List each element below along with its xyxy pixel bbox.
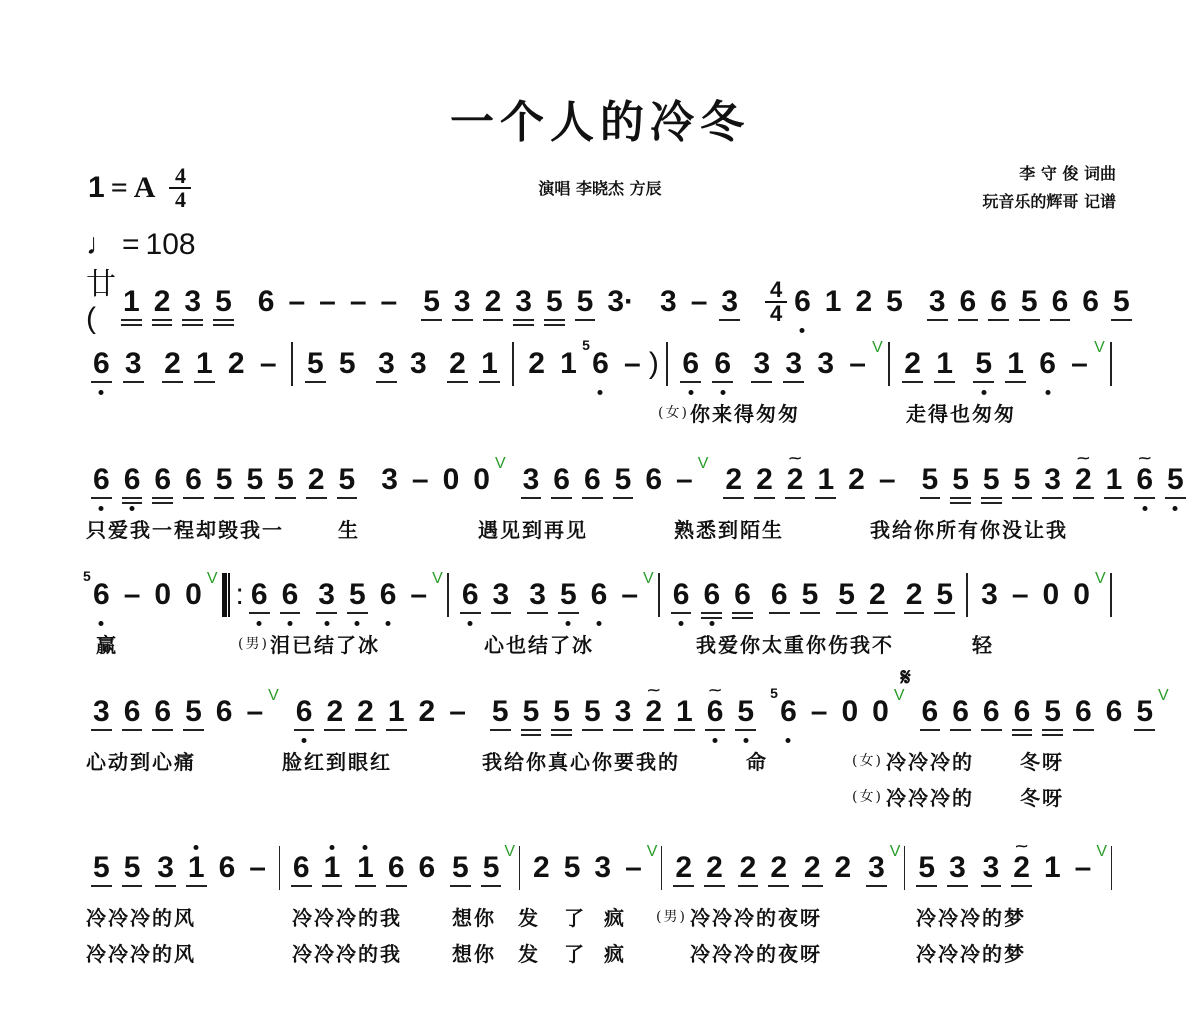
breath-mark-icon: V	[647, 843, 658, 861]
dash-extension: –	[875, 463, 900, 497]
note: 6	[986, 285, 1011, 319]
barline	[447, 573, 449, 617]
note-digit: 6	[254, 285, 279, 319]
note-digit: 2	[721, 463, 746, 497]
note-digit: 2	[445, 347, 470, 381]
dash-extension: –	[346, 285, 371, 319]
note-digit: 6	[790, 285, 815, 319]
lyric-text: 熟悉到陌生	[674, 514, 784, 543]
note-digit: –	[620, 347, 645, 381]
barline	[1111, 846, 1112, 890]
note: 1	[477, 347, 502, 381]
lyric-text: 了	[564, 902, 586, 931]
note-digit: 1	[821, 285, 846, 319]
note: 2	[160, 347, 185, 381]
high-octave-dot	[194, 845, 199, 850]
note-digit: 5	[273, 463, 298, 497]
note-digit: 3	[153, 851, 178, 885]
note-digit: 5	[733, 695, 758, 729]
note-digit: 5	[345, 578, 370, 612]
note-digit: 6	[247, 578, 272, 612]
note: 5	[1132, 695, 1157, 729]
staff: 63212–5533212165–)66333–V21516–V	[86, 334, 1118, 394]
grace-note: 5	[582, 339, 590, 351]
note: 6	[669, 578, 694, 612]
mordent-icon: ⁓	[1016, 841, 1028, 851]
note-digit: 5	[303, 347, 328, 381]
lyric-text: 冷冷冷的我	[292, 902, 402, 931]
note: 1	[320, 851, 345, 885]
note: 5	[419, 285, 444, 319]
note: 6⁓	[703, 695, 728, 729]
note: 5	[242, 463, 267, 497]
breath-mark-icon: V	[872, 339, 883, 357]
score-line-6: 55316–6116655V253–V2222223V5332⁓1–V 冷冷冷的…	[86, 838, 1118, 970]
breath-mark-icon: V	[890, 843, 901, 861]
lyric-text: 命	[746, 746, 768, 775]
note: 6	[587, 578, 612, 612]
dash-extension: –	[408, 463, 433, 497]
note: 6	[212, 695, 237, 729]
note-digit: 6	[150, 463, 175, 497]
dash-extension: –	[445, 695, 470, 729]
lyric-text: 想你	[452, 938, 496, 967]
dash-extension: –	[242, 695, 267, 729]
note: 5	[549, 695, 574, 729]
staff: 55316–6116655V253–V2222223V5332⁓1–V	[86, 838, 1118, 898]
note-digit: 6	[678, 347, 703, 381]
note-digit: 6	[1102, 695, 1127, 729]
note: 2	[736, 851, 761, 885]
note-digit: 2	[844, 463, 869, 497]
singer-tag: (女)	[852, 750, 883, 770]
note-digit: –	[1067, 347, 1092, 381]
breath-mark-icon: V	[1094, 339, 1105, 357]
barline	[1110, 573, 1112, 617]
note: 3	[450, 285, 475, 319]
note: 2	[831, 851, 856, 885]
note: 5	[1040, 695, 1065, 729]
note: 3	[519, 463, 544, 497]
lyrics-row: (女)冷冷冷的冬呀	[86, 778, 1118, 814]
dash-extension: –	[672, 463, 697, 497]
note-digit: –	[687, 285, 712, 319]
note-digit: 5	[1010, 463, 1035, 497]
note-digit: 6	[986, 285, 1011, 319]
note-digit: 2	[160, 347, 185, 381]
note-digit: 5	[335, 463, 360, 497]
notation-symbol: :	[236, 578, 244, 612]
note-digit: 2⁓	[783, 463, 808, 497]
note-digit: 3	[977, 578, 1002, 612]
note-digit: 6	[376, 578, 401, 612]
dash-extension: –	[1067, 347, 1092, 381]
note-digit: 5	[549, 695, 574, 729]
mordent-icon: ⁓	[789, 453, 801, 463]
note: 5	[120, 851, 145, 885]
note-digit: 6	[956, 285, 981, 319]
note-digit: 0	[868, 695, 893, 729]
note: 2	[766, 851, 791, 885]
notation-symbol: )	[649, 347, 659, 381]
note-digit: 5	[448, 851, 473, 885]
note: 2	[902, 578, 927, 612]
note-digit: 2	[150, 285, 175, 319]
note-digit: 3	[180, 285, 205, 319]
dash-extension: –	[845, 347, 870, 381]
note-digit: 5	[181, 695, 206, 729]
note-digit: 2	[322, 695, 347, 729]
note: 6	[730, 578, 755, 612]
note: 1	[1003, 347, 1028, 381]
note: 3	[925, 285, 950, 319]
note-digit: 1	[119, 285, 144, 319]
note: 1	[353, 851, 378, 885]
note: 2	[524, 347, 549, 381]
note: 6	[710, 347, 735, 381]
note: 65	[588, 347, 613, 381]
dash-extension: –	[406, 578, 431, 612]
note: 6	[120, 463, 145, 497]
note: 6	[415, 851, 440, 885]
note-digit: 2	[353, 695, 378, 729]
note: 5	[488, 695, 513, 729]
note: 3	[813, 347, 838, 381]
lyrics-row: 冷冷冷的风冷冷冷的我想你发了疯冷冷冷的夜呀冷冷冷的梦	[86, 934, 1118, 970]
lyric-text: 心动到心痛	[86, 746, 196, 775]
note-digit: 5	[580, 695, 605, 729]
lyric-text: 泪已结了冰	[270, 629, 380, 658]
note-digit: 0	[469, 463, 494, 497]
note: 5	[948, 463, 973, 497]
barline	[1110, 342, 1112, 386]
note: 6	[458, 578, 483, 612]
note: 5	[335, 463, 360, 497]
note-digit: 3	[590, 851, 615, 885]
note-digit: 1	[192, 347, 217, 381]
tempo-marking: ♩ = 108	[86, 228, 196, 262]
note: 2	[702, 851, 727, 885]
note-digit: 1	[320, 851, 345, 885]
note-digit: 6⁓	[1132, 463, 1157, 497]
note-digit: 5	[914, 851, 939, 885]
note: 5	[212, 463, 237, 497]
note-digit: –	[1071, 851, 1096, 885]
note: 5	[834, 578, 859, 612]
note-digit: 2	[702, 851, 727, 885]
note-digit: 5	[1017, 285, 1042, 319]
note: 2⁓	[1071, 463, 1096, 497]
lyric-text: 了	[564, 938, 586, 967]
breath-mark-icon: V	[268, 687, 279, 705]
lyric-text: 生	[338, 514, 360, 543]
note-digit: 6⁓	[703, 695, 728, 729]
note: 6	[767, 578, 792, 612]
repeat-barline	[222, 573, 230, 617]
lyric-text: 冷冷冷的夜呀	[690, 902, 822, 931]
note-digit: 0	[181, 578, 206, 612]
note: 6	[790, 285, 815, 319]
note-digit: 5	[1163, 463, 1188, 497]
note: 1	[672, 695, 697, 729]
note-digit: 6	[1010, 695, 1035, 729]
lyrics-row: 只爱我一程却毁我一生遇见到再见熟悉到陌生我给你所有你没让我	[86, 510, 1118, 546]
note: 5	[580, 695, 605, 729]
barline	[666, 342, 668, 386]
note-digit: 6	[767, 578, 792, 612]
note: 0	[439, 463, 464, 497]
note: 6⁓	[1132, 463, 1157, 497]
note-digit: 2	[304, 463, 329, 497]
note-digit: 65	[89, 578, 114, 612]
note-digit: 6	[89, 463, 114, 497]
note: 6	[1102, 695, 1127, 729]
note: 3	[121, 347, 146, 381]
note-digit: 6	[699, 578, 724, 612]
lyrics-row: 心动到心痛脸红到眼红我给你真心你要我的命(女)冷冷冷的冬呀	[86, 742, 1118, 778]
score-line-1: 廿(12356––––5323553·3–34461253665665	[86, 272, 1118, 332]
note: 3	[979, 851, 1004, 885]
credit-transcriber: 玩音乐的辉哥 记谱	[982, 188, 1116, 216]
note-digit: –	[284, 285, 309, 319]
note: 6	[918, 695, 943, 729]
note: 3	[590, 851, 615, 885]
note-digit: 6	[212, 695, 237, 729]
staff: 6666555253–00V36656–V222⁓12–555532⁓16⁓5	[86, 450, 1118, 510]
note: 5	[211, 285, 236, 319]
note: 5	[181, 695, 206, 729]
note-digit: –	[120, 578, 145, 612]
note: 5	[560, 851, 585, 885]
note: 2	[865, 578, 890, 612]
quarter-note-icon: ♩	[86, 228, 116, 262]
time-change: 44	[765, 280, 787, 324]
note: 5	[89, 851, 114, 885]
note: 1	[119, 285, 144, 319]
note-digit: 0	[150, 578, 175, 612]
note-digit: 1	[477, 347, 502, 381]
note: 6	[289, 851, 314, 885]
dash-extension: –	[807, 695, 832, 729]
note: 6	[1035, 347, 1060, 381]
note: 0	[469, 463, 494, 497]
note: 5	[273, 463, 298, 497]
note-digit: –	[875, 463, 900, 497]
note-digit: –	[621, 851, 646, 885]
note-digit: 6	[641, 463, 666, 497]
note: 0	[150, 578, 175, 612]
note: 65	[776, 695, 801, 729]
note-digit: 2	[224, 347, 249, 381]
breath-mark-icon: V	[1095, 570, 1106, 588]
lyric-text: 冬呀	[1020, 782, 1064, 811]
note: 5	[971, 347, 996, 381]
note-digit: 2	[529, 851, 554, 885]
note-digit: –	[245, 851, 270, 885]
breath-mark-icon: V	[432, 570, 443, 588]
segno-icon: 𝄋	[901, 664, 911, 692]
note: 6	[678, 347, 703, 381]
breath-mark-icon: V	[207, 570, 218, 588]
note: 5	[519, 695, 544, 729]
note: 3	[1040, 463, 1065, 497]
time-bottom: 4	[770, 304, 782, 324]
note-digit: 3	[377, 463, 402, 497]
note-digit: 3	[864, 851, 889, 885]
lyric-text: 冷冷冷的夜呀	[690, 938, 822, 967]
dash-extension: –	[315, 285, 340, 319]
breath-mark-icon: V	[643, 570, 654, 588]
note-digit: 2	[900, 347, 925, 381]
lyric-text: 轻	[972, 629, 994, 658]
note: 5	[932, 578, 957, 612]
note-digit: –	[256, 347, 281, 381]
note-digit: 0	[837, 695, 862, 729]
note-digit: –	[315, 285, 340, 319]
note: 6	[948, 695, 973, 729]
note: 2	[529, 851, 554, 885]
note: 2	[415, 695, 440, 729]
note-digit: 5	[242, 463, 267, 497]
note: 6	[89, 463, 114, 497]
note: 5	[542, 285, 567, 319]
note-digit: –	[845, 347, 870, 381]
note-digit: 3	[611, 695, 636, 729]
singer-tag: (男)	[656, 906, 687, 926]
lyric-text: 冷冷冷的风	[86, 902, 196, 931]
note-digit: 1	[353, 851, 378, 885]
note-digit: 3·	[603, 285, 638, 319]
note: 3	[717, 285, 742, 319]
lyric-text: 发	[518, 902, 540, 931]
note: 5	[345, 578, 370, 612]
note: 6	[1010, 695, 1035, 729]
note-digit: 5	[479, 851, 504, 885]
note: 2	[671, 851, 696, 885]
note: 3	[781, 347, 806, 381]
note-digit: 3	[374, 347, 399, 381]
note: 2⁓	[1009, 851, 1034, 885]
lyric-text: 想你	[452, 902, 496, 931]
barline	[658, 573, 660, 617]
note-digit: 2	[671, 851, 696, 885]
note-digit: 6	[289, 851, 314, 885]
note: 1	[932, 347, 957, 381]
note: 6	[215, 851, 240, 885]
note: 0	[1069, 578, 1094, 612]
note-digit: 6	[948, 695, 973, 729]
note: 1	[184, 851, 209, 885]
note-digit: 6	[710, 347, 735, 381]
note: 1	[556, 347, 581, 381]
note: 6	[376, 578, 401, 612]
note-digit: 6	[730, 578, 755, 612]
note-digit: 6	[120, 463, 145, 497]
lyric-text: 疯	[604, 938, 626, 967]
note-digit: 2	[524, 347, 549, 381]
note: 5	[573, 285, 598, 319]
note: 5	[798, 578, 823, 612]
note: 3	[525, 578, 550, 612]
note-digit: 2	[415, 695, 440, 729]
notation-symbol: 廿(	[86, 268, 116, 336]
note: 6	[278, 578, 303, 612]
note-digit: 3	[511, 285, 536, 319]
note-digit: 1	[384, 695, 409, 729]
lyric-text: 只爱我一程却毁我一	[86, 514, 284, 543]
note: 1	[813, 463, 838, 497]
note: 5	[882, 285, 907, 319]
note-digit: 1	[932, 347, 957, 381]
note-digit: 5	[542, 285, 567, 319]
low-octave-dot	[1173, 506, 1178, 511]
note: 5	[556, 578, 581, 612]
note-digit: 6	[1048, 285, 1073, 319]
note: 1	[1102, 463, 1127, 497]
note-digit: –	[377, 285, 402, 319]
note: 0	[181, 578, 206, 612]
note: 1	[1040, 851, 1065, 885]
note: 0	[837, 695, 862, 729]
note-digit: 6	[669, 578, 694, 612]
note-digit: 1	[184, 851, 209, 885]
barline	[291, 342, 293, 386]
note: 3	[977, 578, 1002, 612]
dash-extension: –	[377, 285, 402, 319]
breath-mark-icon: V	[495, 455, 506, 473]
note-digit: 5	[882, 285, 907, 319]
lyric-text: 走得也匆匆	[906, 398, 1016, 427]
note-digit: 5	[419, 285, 444, 319]
barline	[888, 342, 890, 386]
breath-mark-icon: V	[698, 455, 709, 473]
mordent-icon: ⁓	[1139, 453, 1151, 463]
note: 6	[956, 285, 981, 319]
score-line-2: 63212–5533212165–)66333–V21516–V (女)你来得匆…	[86, 334, 1118, 430]
score-line-5: 36656–V62212–555532⁓16⁓565–00V𝄋66665665V…	[86, 682, 1118, 814]
note-digit: 6	[918, 695, 943, 729]
note-digit: 3	[314, 578, 339, 612]
note-digit: 6	[278, 578, 303, 612]
note: 5	[479, 851, 504, 885]
note: 1	[821, 285, 846, 319]
note: 3	[489, 578, 514, 612]
note: 1	[192, 347, 217, 381]
mordent-icon: ⁓	[1077, 453, 1089, 463]
note-digit: 5	[212, 463, 237, 497]
note-digit: 3	[406, 347, 431, 381]
note-digit: 3	[813, 347, 838, 381]
note-digit: 5	[1040, 695, 1065, 729]
note: 0	[868, 695, 893, 729]
note: 2	[800, 851, 825, 885]
staff: 65–00V:66356–V63356–V6666552253–00V	[86, 565, 1118, 625]
singer-tag: (女)	[658, 402, 689, 422]
note: 6	[150, 695, 175, 729]
note-digit: 6	[181, 463, 206, 497]
dash-extension: –	[687, 285, 712, 319]
note: 6	[89, 347, 114, 381]
note-digit: 2⁓	[641, 695, 666, 729]
note-digit: 6	[979, 695, 1004, 729]
note: 5	[1010, 463, 1035, 497]
note-digit: 5	[1132, 695, 1157, 729]
grace-note: 5	[770, 687, 778, 699]
note-digit: 6	[415, 851, 440, 885]
barline	[512, 342, 514, 386]
note-digit: 1	[556, 347, 581, 381]
lyrics-row: (女)你来得匆匆走得也匆匆	[86, 394, 1118, 430]
